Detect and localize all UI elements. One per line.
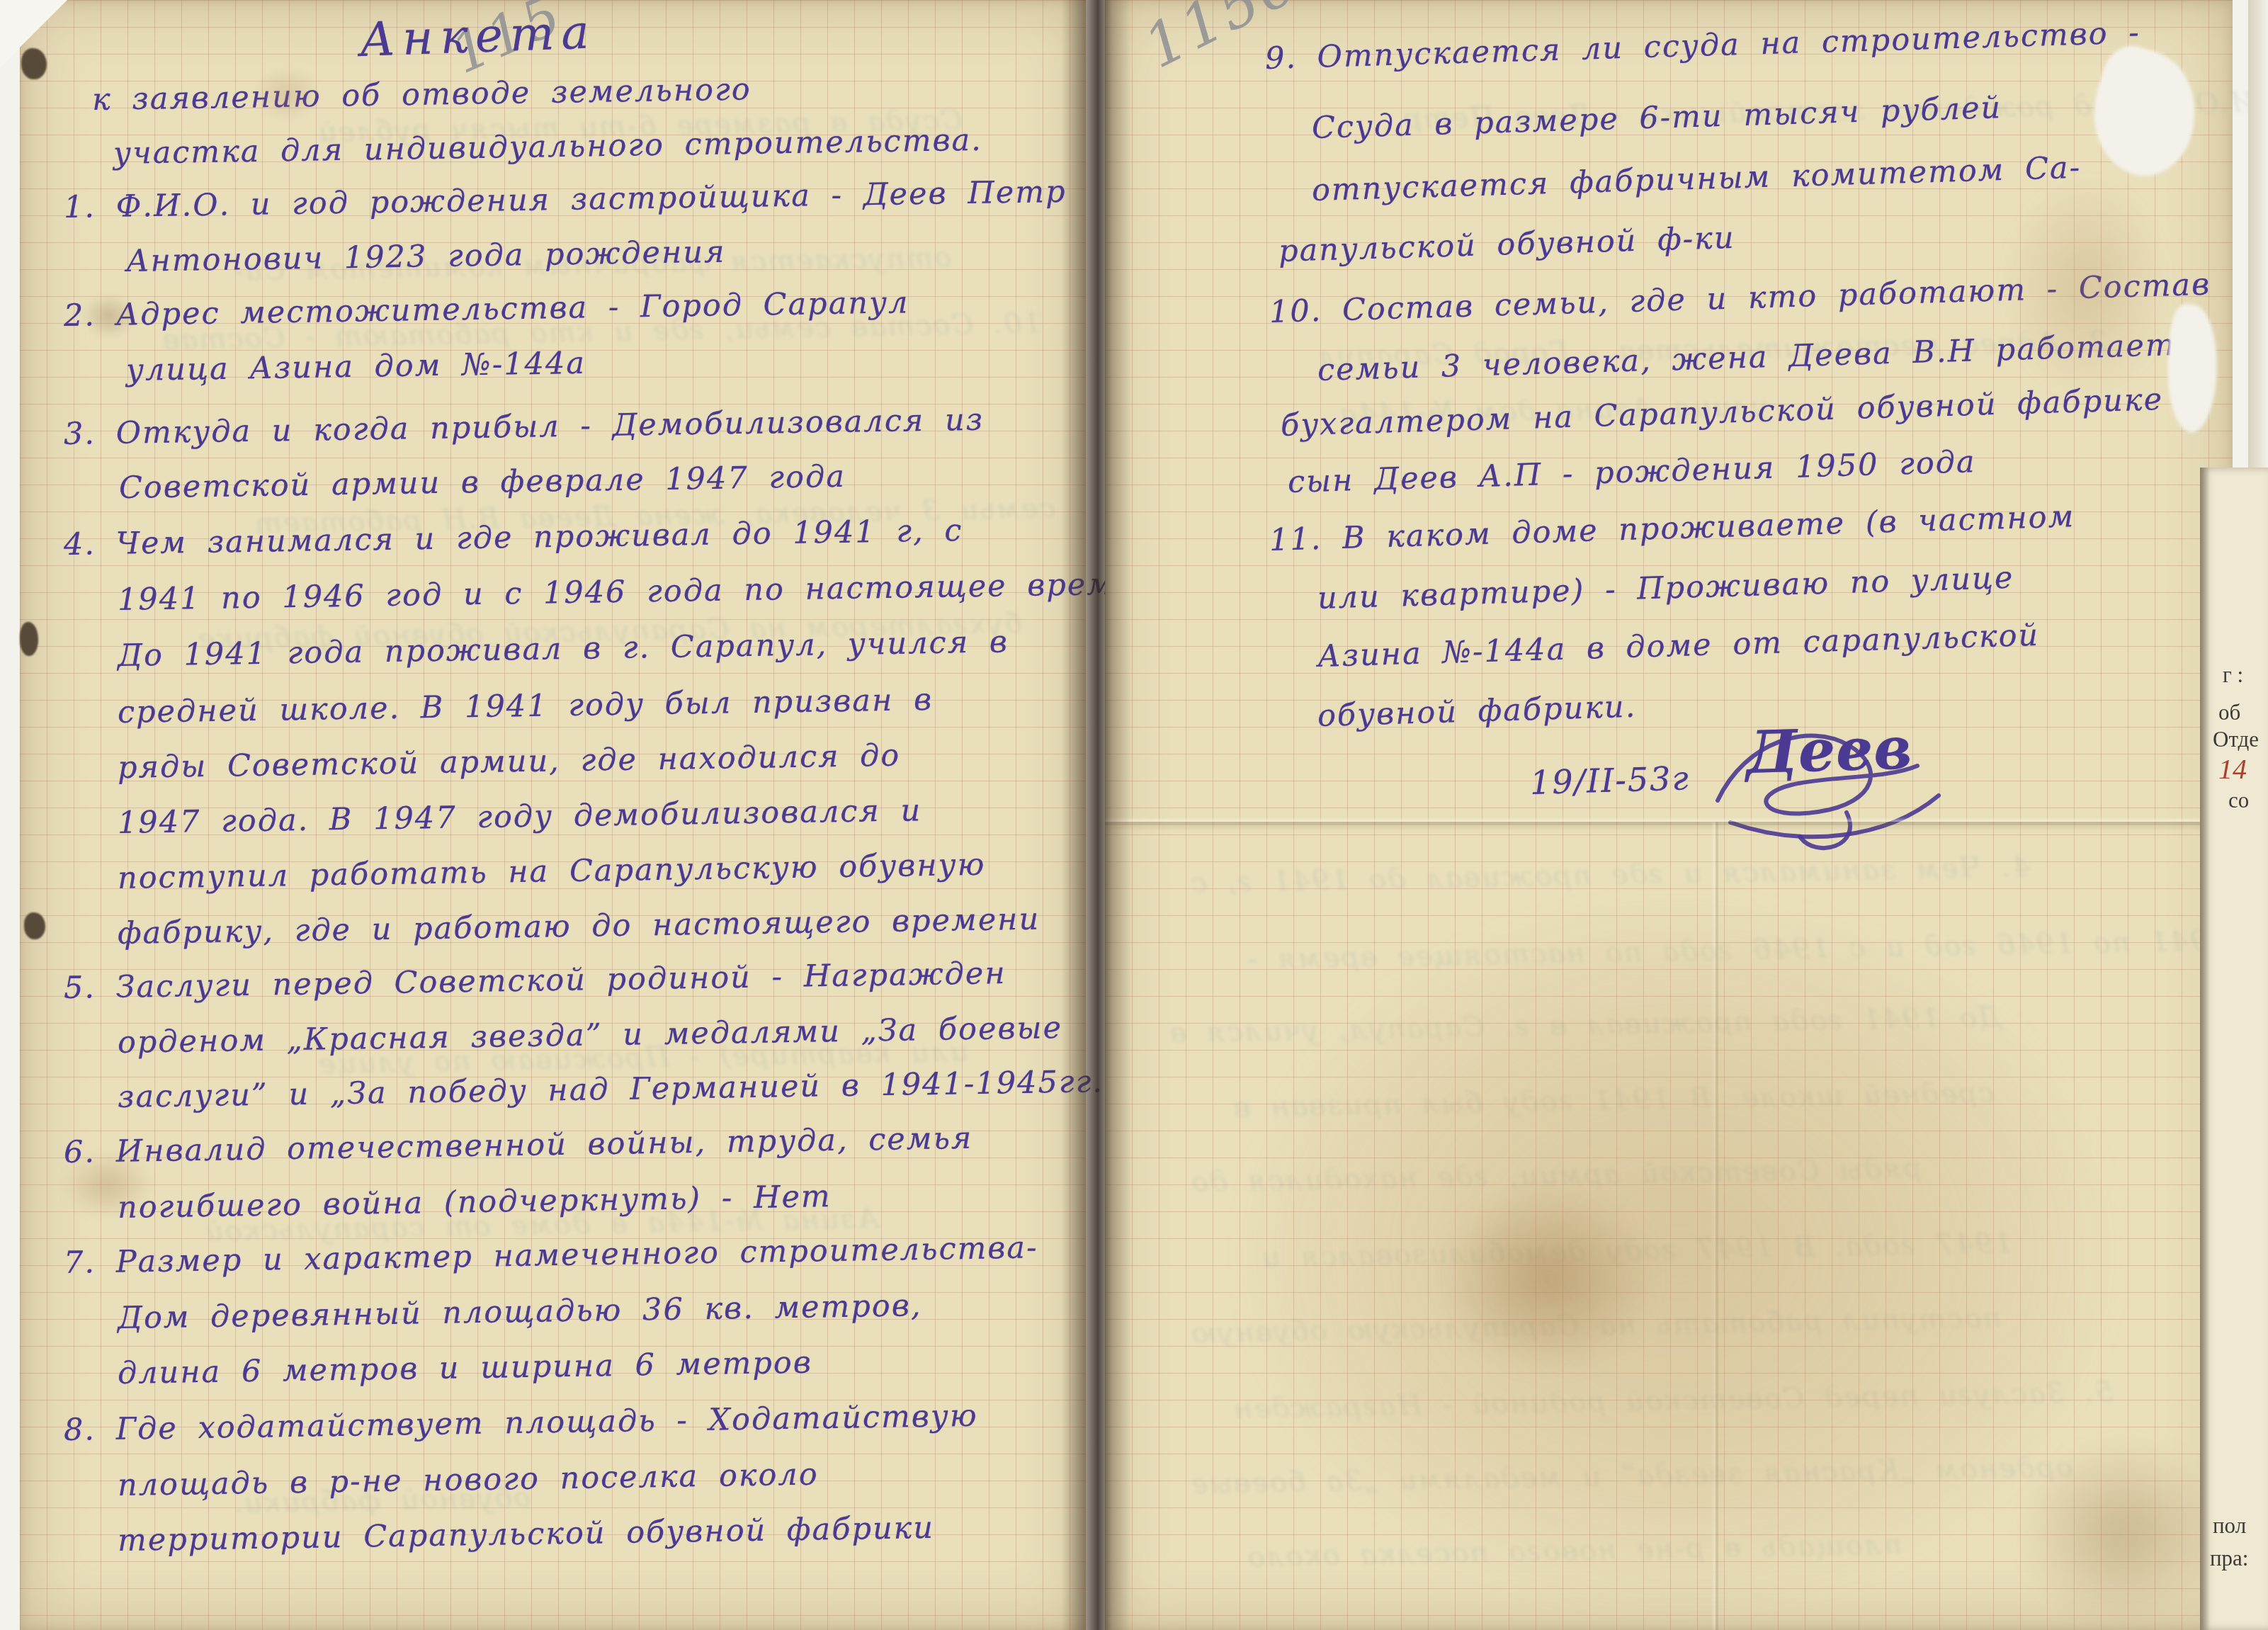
bleedthrough-line: До 1941 года проживал в г. Сарапул, учил… (1169, 1001, 2002, 1050)
adjacent-page-strip: г : об Отде 14 со пол пра: (2200, 468, 2268, 1630)
handwritten-line: 8. Где ходатайствует площадь - Ходатайст… (64, 1401, 978, 1446)
bleedthrough-line: 1947 года. В 1947 году демобилизовался и (1261, 1227, 2013, 1274)
page-gutter-shadow (1061, 0, 1132, 1630)
handwritten-line: 6. Инвалид отечественной войны, труда, с… (64, 1124, 973, 1168)
bleedthrough-line: поступил работать на Сарапульскую обувну… (1190, 1301, 2002, 1349)
scanned-document: { "colors": { "ink": "#4b3a92", "paper":… (0, 0, 2268, 1630)
handwritten-line: Ссуда в размере 6-ти тысяч рублей (1311, 93, 2002, 144)
handwritten-line: Азина №-144а в доме от сарапульской (1317, 621, 2039, 672)
handwritten-line: сын Деев А.П - рождения 1950 года (1287, 447, 1976, 498)
printed-fragment: Отде (2213, 727, 2259, 752)
torn-edge-highlight (2078, 39, 2211, 186)
handwritten-line: 11. В каком доме проживаете (в частном (1269, 502, 2075, 556)
handwritten-line: фабрику, где и работаю до настоящего вре… (118, 905, 1041, 949)
handwritten-line: 5. Заслуги перед Советской родиной - Наг… (64, 958, 1007, 1004)
torn-edge-mark (24, 912, 45, 939)
handwritten-line: длина 6 метров и ширина 6 метров (118, 1348, 813, 1389)
handwritten-line: 4. Чем занимался и где проживал до 1941 … (64, 516, 963, 560)
torn-edge-mark (21, 48, 47, 79)
handwritten-line: обувной фабрики. (1317, 692, 1637, 732)
bleedthrough-line: средней школе. В 1941 году был призван в (1232, 1077, 1995, 1124)
handwritten-line: Дом деревянный площадью 36 кв. метров, (118, 1291, 922, 1334)
handwritten-line: территории Сарапульской обувной фабрики (118, 1513, 935, 1556)
bleedthrough-line: площадь в р-не нового поселка около (1247, 1528, 1903, 1573)
bleedthrough-line: 1941 по 1946 год и с 1946 года по настоя… (1247, 924, 2228, 976)
handwritten-line: 1. Ф.И.О. и год рождения застройщика - Д… (64, 177, 1067, 223)
handwritten-line: отпускается фабричным комитетом Са- (1311, 153, 2081, 206)
printed-fragment: пра: (2210, 1546, 2248, 1571)
handwritten-line: 9. Отпускается ли ссуда на строительство… (1264, 18, 2141, 74)
printed-fragment: об (2218, 700, 2240, 725)
paper-stain (1438, 1183, 1657, 1374)
page-left: Ссуда в размере 6-ти тысяч рублей отпуск… (20, 0, 1086, 1630)
printed-fragment: г : (2223, 662, 2243, 688)
signature: Деев (1745, 719, 1913, 782)
handwritten-line: ряды Советской армии, где находился до (118, 741, 901, 783)
handwritten-line: Антонович 1923 года рождения (126, 237, 726, 277)
handwritten-line: улица Азина дом №-144а (126, 349, 586, 386)
handwritten-line: поступил работать на Сарапульскую обувну… (118, 850, 986, 894)
handwritten-line: или квартире) - Проживаю по улице (1317, 563, 2014, 614)
handwritten-line: площадь в р-не нового поселка около (118, 1459, 819, 1501)
handwritten-line: участка для индивидуального строительств… (113, 125, 982, 169)
handwritten-line: 10. Состав семьи, где и кто работают - С… (1269, 270, 2211, 328)
bleedthrough-line: ряды Советской армии, где находился до (1190, 1152, 1922, 1199)
handwritten-line: рапульской обувной ф-ки (1278, 223, 1735, 267)
handwritten-line: заслуги” и „За победу над Германией в 19… (118, 1067, 1121, 1113)
date: 19/II-53г (1529, 762, 1690, 799)
printed-fragment: со (2228, 788, 2249, 813)
adjacent-page-edge (2248, 0, 2268, 482)
bleedthrough-line: 5. Заслуги перед Советской родиной - Наг… (1232, 1376, 2114, 1425)
handwritten-line: средней школе. В 1941 году был призван в (118, 685, 934, 728)
torn-edge-highlight (2163, 303, 2221, 434)
page-right: 1. Ф.И.О. и год рождения застройщика - Д… (1105, 0, 2233, 1630)
handwritten-fragment: 14 (2218, 752, 2247, 786)
fold-crease (1716, 822, 1718, 1630)
handwritten-line: 1947 года. В 1947 году демобилизовался и (118, 796, 922, 839)
bleedthrough-line: орденом „Красная звезда” и медалями „За … (1190, 1451, 2074, 1500)
printed-fragment: пол (2213, 1513, 2246, 1539)
handwritten-line: 3. Откуда и когда прибыл - Демобилизовал… (64, 405, 985, 450)
document-title: Анкета (359, 9, 597, 64)
torn-edge-mark (20, 622, 38, 656)
fold-crease (1105, 822, 2233, 825)
